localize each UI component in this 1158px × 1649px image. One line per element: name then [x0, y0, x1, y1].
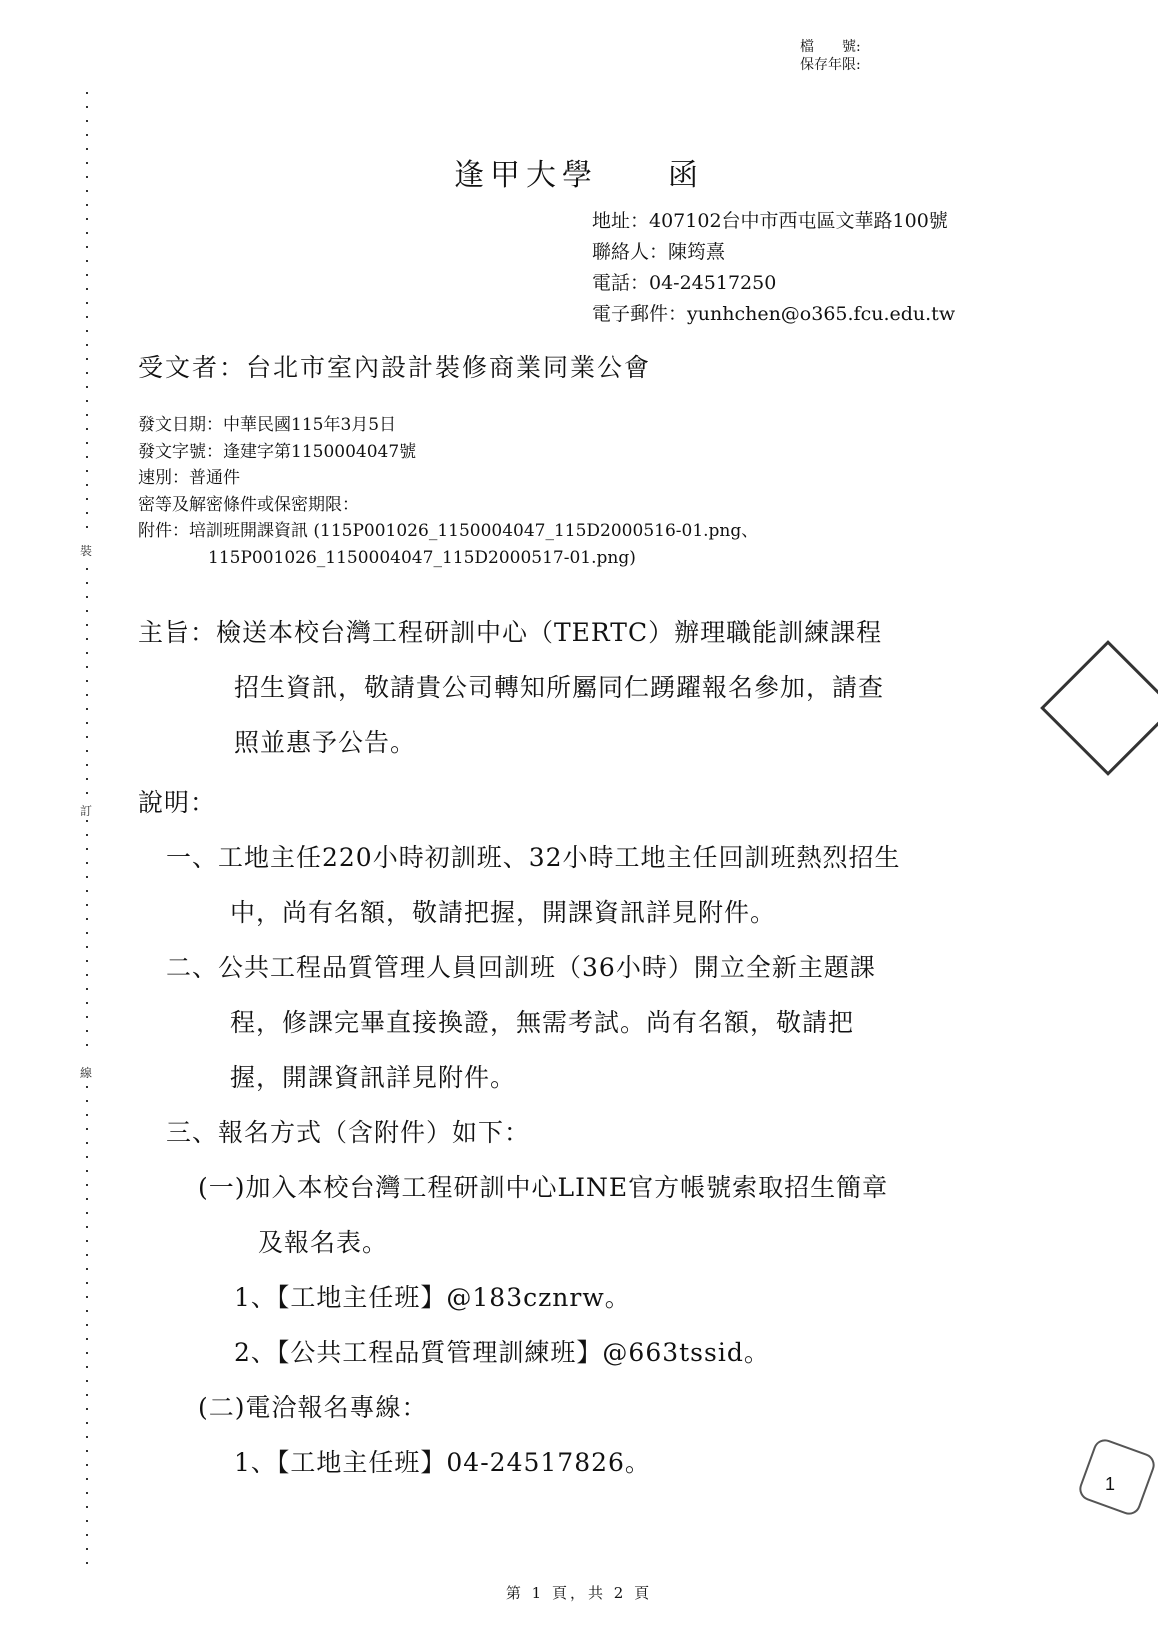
binding-dot	[86, 414, 88, 416]
binding-dot	[86, 1520, 88, 1522]
seal-stamp-icon	[1040, 640, 1158, 780]
binding-dot	[86, 666, 88, 668]
binding-dot	[86, 694, 88, 696]
binding-dot	[86, 862, 88, 864]
binding-dot	[86, 106, 88, 108]
sub1-item-a: 1、【工地主任班】@183cznrw。	[138, 1270, 901, 1325]
binding-dot	[86, 1184, 88, 1186]
binding-dot	[86, 1506, 88, 1508]
binding-dot	[86, 456, 88, 458]
file-number-label: 檔 號:	[800, 38, 861, 56]
binding-dot	[86, 526, 88, 528]
binding-dot	[86, 974, 88, 976]
document-meta: 發文日期：中華民國115年3月5日 發文字號：逢建字第1150004047號 速…	[138, 412, 758, 571]
sender-email: 電子郵件：yunhchen@o365.fcu.edu.tw	[592, 299, 955, 330]
sender-phone: 電話：04-24517250	[592, 268, 955, 299]
binding-dot	[86, 288, 88, 290]
binding-dot	[86, 316, 88, 318]
description-heading: 說明：	[138, 775, 901, 830]
binding-dot	[86, 1100, 88, 1102]
item1-line-1: 一、工地主任220小時初訓班、32小時工地主任回訓班熱烈招生	[138, 830, 901, 885]
binding-dot	[86, 372, 88, 374]
binding-dot	[86, 1436, 88, 1438]
binding-dot	[86, 358, 88, 360]
binding-dot	[86, 750, 88, 752]
binding-dot	[86, 232, 88, 234]
binding-line: 裝 訂 線	[80, 92, 100, 1572]
binding-dot	[86, 1464, 88, 1466]
binding-dot	[86, 582, 88, 584]
binding-dot	[86, 1366, 88, 1368]
binding-dot	[86, 596, 88, 598]
subject-line-2: 招生資訊，敬請貴公司轉知所屬同仁踴躍報名參加，請查	[138, 660, 884, 715]
binding-dot	[86, 120, 88, 122]
binding-dot	[86, 1296, 88, 1298]
binding-dot	[86, 1310, 88, 1312]
sender-contact: 聯絡人：陳筠熹	[592, 237, 955, 268]
binding-dot	[86, 246, 88, 248]
binding-dot	[86, 876, 88, 878]
secrecy: 密等及解密條件或保密期限：	[138, 492, 758, 519]
subject-line-1: 主旨：檢送本校台灣工程研訓中心（TERTC）辦理職能訓練課程	[138, 605, 884, 660]
binding-dot	[86, 918, 88, 920]
binding-dot	[86, 932, 88, 934]
attachment-line-2: 115P001026_1150004047_115D2000517-01.png…	[138, 545, 758, 572]
binding-dot	[86, 834, 88, 836]
binding-dot	[86, 1254, 88, 1256]
binding-dot	[86, 624, 88, 626]
org-name: 逢甲大學	[454, 158, 598, 193]
binding-dot	[86, 890, 88, 892]
binding-dot	[86, 1016, 88, 1018]
binding-dot	[86, 680, 88, 682]
binding-dot	[86, 330, 88, 332]
binding-dot	[86, 1240, 88, 1242]
binding-dot	[86, 736, 88, 738]
sub1-item-b: 2、【公共工程品質管理訓練班】@663tssid。	[138, 1325, 901, 1380]
speed: 速別：普通件	[138, 465, 758, 492]
binding-dot	[86, 792, 88, 794]
binding-dot	[86, 484, 88, 486]
issue-date: 發文日期：中華民國115年3月5日	[138, 412, 758, 439]
binding-dot	[86, 1114, 88, 1116]
binding-dot	[86, 1226, 88, 1228]
binding-mark-bottom: 線	[80, 1064, 92, 1081]
binding-dot	[86, 1394, 88, 1396]
binding-dot	[86, 1142, 88, 1144]
subject-section: 主旨：檢送本校台灣工程研訓中心（TERTC）辦理職能訓練課程 招生資訊，敬請貴公…	[138, 605, 884, 770]
binding-dot	[86, 428, 88, 430]
binding-dot	[86, 1450, 88, 1452]
binding-dot	[86, 386, 88, 388]
binding-dot	[86, 204, 88, 206]
item3-line-1: 三、報名方式（含附件）如下：	[138, 1105, 901, 1160]
binding-dot	[86, 260, 88, 262]
binding-dot	[86, 92, 88, 94]
binding-dot	[86, 1338, 88, 1340]
recipient: 受文者：台北市室內設計裝修商業同業公會	[138, 348, 651, 384]
binding-dot	[86, 1422, 88, 1424]
binding-dot	[86, 274, 88, 276]
item2-line-2: 程，修課完畢直接換證，無需考試。尚有名額，敬請把	[138, 995, 901, 1050]
binding-dot	[86, 1198, 88, 1200]
binding-dot	[86, 848, 88, 850]
sender-address: 地址：407102台中市西屯區文華路100號	[592, 206, 955, 237]
binding-dot	[86, 722, 88, 724]
binding-dot	[86, 400, 88, 402]
binding-dot	[86, 512, 88, 514]
binding-mark-middle: 訂	[80, 802, 92, 819]
binding-dot	[86, 988, 88, 990]
page-seal-icon: 1	[1075, 1440, 1158, 1520]
binding-dot	[86, 1044, 88, 1046]
document-title: 逢甲大學函	[0, 150, 1158, 194]
binding-dot	[86, 148, 88, 150]
binding-dot	[86, 904, 88, 906]
binding-dot	[86, 1408, 88, 1410]
binding-dot	[86, 1030, 88, 1032]
binding-dot	[86, 498, 88, 500]
sub2-line-1: (二)電洽報名專線：	[138, 1380, 901, 1435]
binding-dot	[86, 176, 88, 178]
binding-dot	[86, 1156, 88, 1158]
binding-dot	[86, 960, 88, 962]
binding-dot	[86, 1478, 88, 1480]
binding-dot	[86, 1212, 88, 1214]
binding-dot	[86, 1562, 88, 1564]
binding-dot	[86, 470, 88, 472]
description-section: 說明： 一、工地主任220小時初訓班、32小時工地主任回訓班熱烈招生 中，尚有名…	[138, 775, 901, 1490]
binding-dot	[86, 1268, 88, 1270]
binding-dot	[86, 1548, 88, 1550]
sender-info: 地址：407102台中市西屯區文華路100號 聯絡人：陳筠熹 電話：04-245…	[592, 206, 955, 330]
binding-dot	[86, 442, 88, 444]
subject-line-3: 照並惠予公告。	[138, 715, 884, 770]
binding-dot	[86, 946, 88, 948]
item2-line-3: 握，開課資訊詳見附件。	[138, 1050, 901, 1105]
binding-dot	[86, 1128, 88, 1130]
sub1-line-2: 及報名表。	[138, 1215, 901, 1270]
doc-type: 函	[668, 158, 704, 193]
binding-dot	[86, 1324, 88, 1326]
item2-line-1: 二、公共工程品質管理人員回訓班（36小時）開立全新主題課	[138, 940, 901, 995]
file-meta: 檔 號: 保存年限:	[800, 38, 861, 74]
binding-dot	[86, 344, 88, 346]
page-footer: 第 1 頁，共 2 頁	[0, 1582, 1158, 1603]
binding-dot	[86, 778, 88, 780]
binding-dot	[86, 820, 88, 822]
binding-dot	[86, 162, 88, 164]
doc-number: 發文字號：逢建字第1150004047號	[138, 439, 758, 466]
binding-dot	[86, 1352, 88, 1354]
binding-dot	[86, 134, 88, 136]
binding-dot	[86, 610, 88, 612]
binding-dot	[86, 568, 88, 570]
sub2-item-a: 1、【工地主任班】04-24517826。	[138, 1435, 901, 1490]
binding-dot	[86, 1002, 88, 1004]
sub1-line-1: (一)加入本校台灣工程研訓中心LINE官方帳號索取招生簡章	[138, 1160, 901, 1215]
retention-label: 保存年限:	[800, 56, 861, 74]
binding-dot	[86, 1282, 88, 1284]
binding-dot	[86, 1170, 88, 1172]
binding-dot	[86, 1380, 88, 1382]
binding-dot	[86, 1534, 88, 1536]
attachment-line-1: 附件：培訓班開課資訊 (115P001026_1150004047_115D20…	[138, 518, 758, 545]
binding-dot	[86, 708, 88, 710]
binding-dot	[86, 302, 88, 304]
binding-dot	[86, 652, 88, 654]
binding-dot	[86, 1086, 88, 1088]
binding-dot	[86, 1492, 88, 1494]
item1-line-2: 中，尚有名額，敬請把握，開課資訊詳見附件。	[138, 885, 901, 940]
binding-dot	[86, 218, 88, 220]
binding-dot	[86, 190, 88, 192]
binding-mark-top: 裝	[80, 542, 92, 559]
binding-dot	[86, 764, 88, 766]
seal-page-number: 1	[1105, 1474, 1115, 1495]
binding-dot	[86, 638, 88, 640]
